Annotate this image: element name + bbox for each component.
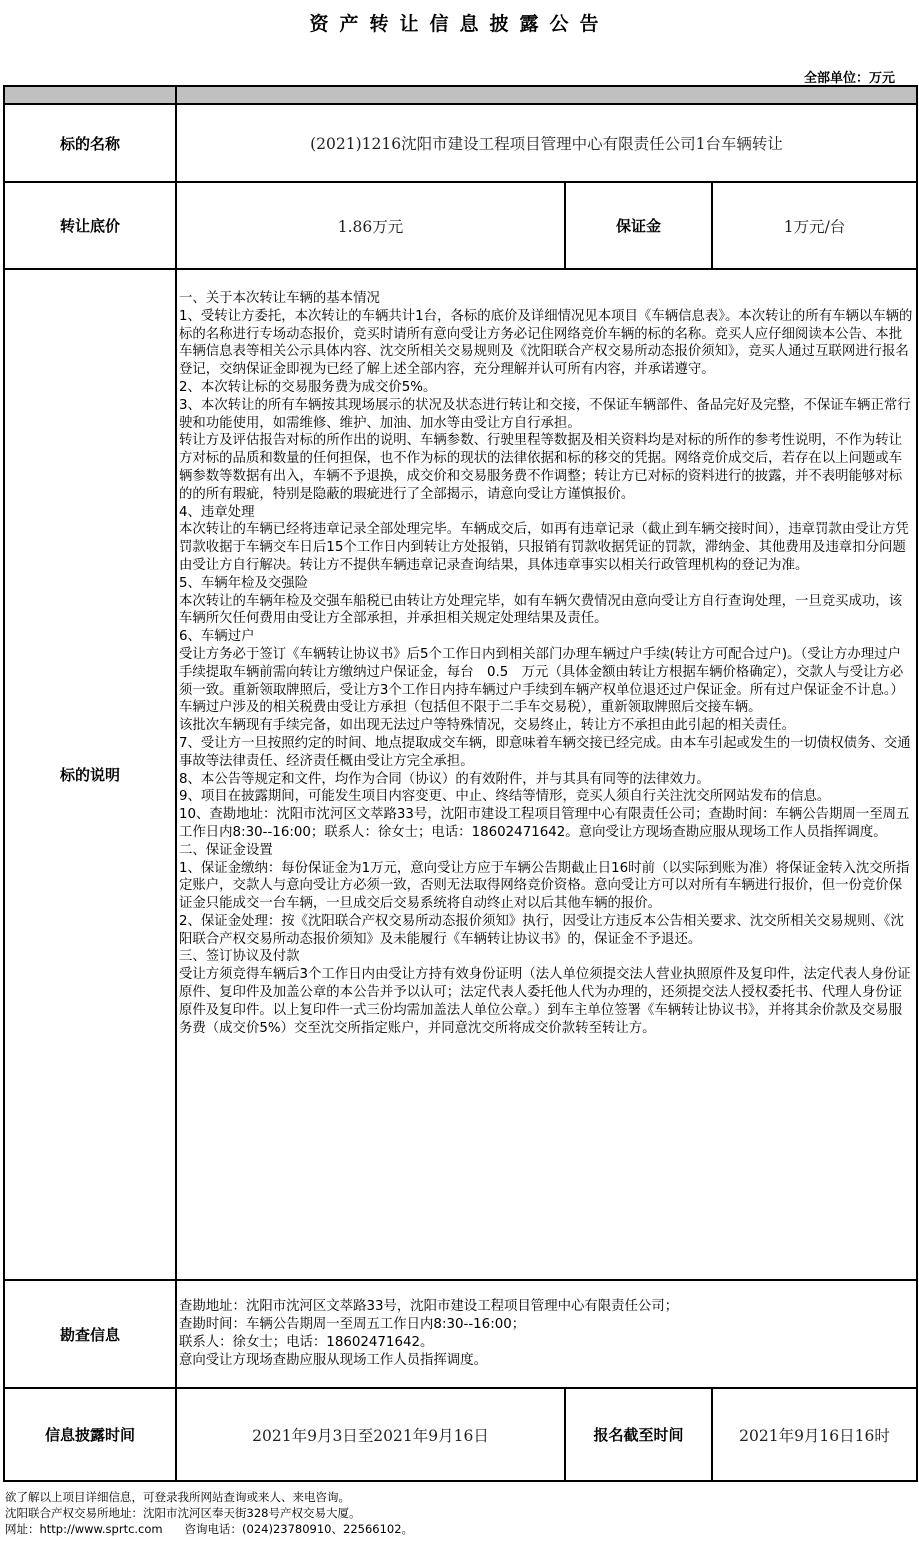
desc-paragraph: 受让方务必于签订《车辆转让协议书》后5个工作日内到相关部门办理车辆过户手续(转让… xyxy=(179,646,914,699)
row-price: 转让底价 1.86万元 保证金 1万元/台 xyxy=(4,182,917,269)
registration-deadline-value: 2021年9月16日16时 xyxy=(712,1388,917,1481)
inspection-note: 意向受让方现场查勘应服从现场工作人员指挥调度。 xyxy=(179,1352,914,1370)
disclosure-period-label: 信息披露时间 xyxy=(4,1388,176,1481)
reserve-price-label: 转让底价 xyxy=(4,182,176,269)
footer-address: 沈阳联合产权交易所地址：沈阳市沈河区奉天街328号产权交易大厦。 xyxy=(5,1505,413,1521)
desc-paragraph: 10、查勘地址：沈阳市沈河区文萃路33号，沈阳市建设工程项目管理中心有限责任公司… xyxy=(179,806,914,842)
desc-paragraph: 本次转让的车辆已经将违章记录全部处理完毕。车辆成交后，如再有违章记录（截止到车辆… xyxy=(179,521,914,574)
desc-paragraph: 8、本公告等规定和文件，均作为合同（协议）的有效附件，并与其具有同等的法律效力。 xyxy=(179,771,914,789)
table-header-row xyxy=(4,86,917,104)
disclosure-period-value: 2021年9月3日至2021年9月16日 xyxy=(176,1388,565,1481)
desc-paragraph: 该批次车辆现有手续完备，如出现无法过户等特殊情况，交易终止，转让方不承担由此引起… xyxy=(179,717,914,735)
desc-paragraph: 3、本次转让的所有车辆按其现场展示的状况及状态进行转让和交接，不保证车辆部件、备… xyxy=(179,397,914,433)
desc-paragraph: 2、本次转让标的交易服务费为成交价5%。 xyxy=(179,379,914,397)
inspection-contact: 联系人：徐女士；电话：18602471642。 xyxy=(179,1334,914,1352)
inspection-time: 查勘时间：车辆公告期周一至周五工作日内8:30--16:00； xyxy=(179,1316,914,1334)
desc-paragraph: 本次转让的车辆年检及交强车船税已由转让方处理完毕，如有车辆欠费情况由意向受让方自… xyxy=(179,593,914,629)
footer-website-phone: 网址：http://www.sprtc.com 咨询电话：(024)237809… xyxy=(5,1521,413,1537)
page-title: 资产转让信息披露公告 xyxy=(0,9,919,36)
desc-paragraph: 转让方及评估报告对标的所作出的说明、车辆参数、行驶里程等数据及相关资料均是对标的… xyxy=(179,432,914,503)
desc-paragraph: 1、保证金缴纳：每份保证金为1万元，意向受让方应于车辆公告期截止日16时前（以实… xyxy=(179,860,914,913)
row-inspection: 勘查信息 查勘地址：沈阳市沈河区文萃路33号，沈阳市建设工程项目管理中心有限责任… xyxy=(4,1280,917,1388)
desc-paragraph: 三、签订协议及付款 xyxy=(179,948,914,966)
desc-paragraph: 受让方须竞得车辆后3个工作日内由受让方持有效身份证明（法人单位须提交法人营业执照… xyxy=(179,966,914,1037)
desc-paragraph: 6、车辆过户 xyxy=(179,628,914,646)
inspection-content: 查勘地址：沈阳市沈河区文萃路33号，沈阳市建设工程项目管理中心有限责任公司； 查… xyxy=(176,1280,917,1388)
desc-paragraph: 二、保证金设置 xyxy=(179,842,914,860)
header-cell-right xyxy=(176,86,917,104)
row-timing: 信息披露时间 2021年9月3日至2021年9月16日 报名截至时间 2021年… xyxy=(4,1388,917,1481)
subject-name-label: 标的名称 xyxy=(4,104,176,182)
desc-paragraph: 9、项目在披露期间，可能发生项目内容变更、中止、终结等情形，竞买人须自行关注沈交… xyxy=(179,788,914,806)
inspection-address: 查勘地址：沈阳市沈河区文萃路33号，沈阳市建设工程项目管理中心有限责任公司； xyxy=(179,1298,914,1316)
desc-paragraph: 车辆过户涉及的相关税费由受让方承担（包括但不限于二手车交易税），重新领取牌照后交… xyxy=(179,699,914,717)
desc-paragraph: 7、受让方一旦按照约定的时间、地点提取成交车辆，即意味着车辆交接已经完成。由本车… xyxy=(179,735,914,771)
desc-paragraph: 一、关于本次转让车辆的基本情况 xyxy=(179,290,914,308)
row-subject-name: 标的名称 (2021)1216沈阳市建设工程项目管理中心有限责任公司1台车辆转让 xyxy=(4,104,917,182)
desc-paragraph: 4、违章处理 xyxy=(179,504,914,522)
deposit-value: 1万元/台 xyxy=(712,182,917,269)
row-description: 标的说明 一、关于本次转让车辆的基本情况 1、受转让方委托，本次转让的车辆共计1… xyxy=(4,269,917,1280)
subject-name-value: (2021)1216沈阳市建设工程项目管理中心有限责任公司1台车辆转让 xyxy=(176,104,917,182)
unit-note: 全部单位：万元 xyxy=(804,67,895,86)
disclosure-table: 标的名称 (2021)1216沈阳市建设工程项目管理中心有限责任公司1台车辆转让… xyxy=(3,85,918,1482)
description-content: 一、关于本次转让车辆的基本情况 1、受转让方委托，本次转让的车辆共计1台，各标的… xyxy=(176,269,917,1280)
reserve-price-value: 1.86万元 xyxy=(176,182,565,269)
footer-inquiry: 欲了解以上项目详细信息，可登录我所网站查询或来人、来电咨询。 xyxy=(5,1489,413,1505)
footer-contact: 欲了解以上项目详细信息，可登录我所网站查询或来人、来电咨询。 沈阳联合产权交易所… xyxy=(5,1489,413,1537)
desc-paragraph: 5、车辆年检及交强险 xyxy=(179,575,914,593)
description-label: 标的说明 xyxy=(4,269,176,1280)
header-cell-left xyxy=(4,86,176,104)
deposit-label: 保证金 xyxy=(565,182,712,269)
inspection-label: 勘查信息 xyxy=(4,1280,176,1388)
desc-paragraph: 2、保证金处理：按《沈阳联合产权交易所动态报价须知》执行，因受让方违反本公告相关… xyxy=(179,913,914,949)
registration-deadline-label: 报名截至时间 xyxy=(565,1388,712,1481)
desc-paragraph: 1、受转让方委托，本次转让的车辆共计1台，各标的底价及详细情况见本项目《车辆信息… xyxy=(179,308,914,379)
